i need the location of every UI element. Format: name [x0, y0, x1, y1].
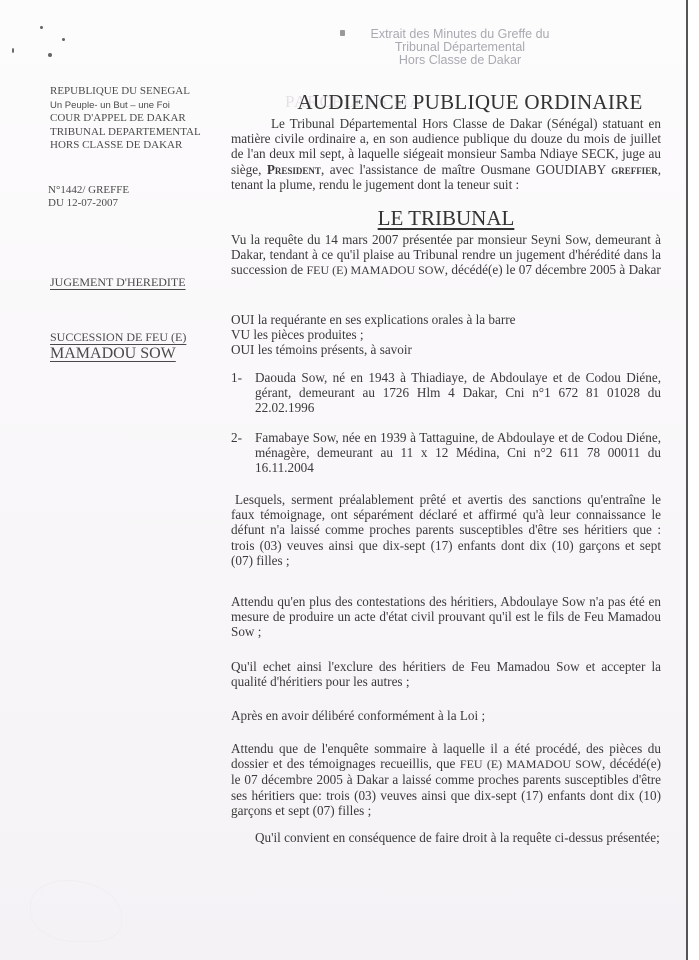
president-label: President — [267, 162, 321, 177]
oui-line: OUI la requérante en ses explications or… — [231, 312, 661, 327]
registry-number-block: N°1442/ GREFFE DU 12-07-2007 — [48, 184, 129, 210]
tribunal-class: HORS CLASSE DE DAKAR — [50, 139, 220, 153]
country-name: REPUBLIQUE DU SENEGAL — [50, 85, 220, 99]
deceased-reference: FEU (E) MAMADOU SOW — [460, 757, 602, 771]
testimony-text: Lesquels, serment préalablement prêté et… — [231, 492, 661, 568]
intro-paragraph: Le Tribunal Départemental Hors Classe de… — [231, 116, 661, 192]
oui-block: OUI la requérante en ses explications or… — [231, 312, 661, 358]
witness-item: 1- Daouda Sow, né en 1943 à Thiadiaye, d… — [231, 370, 661, 416]
requete-text: , décédé(e) le 07 décembre 2005 à Dakar — [445, 262, 661, 277]
national-motto: Un Peuple- un But – une Foi — [50, 99, 220, 113]
letterhead: REPUBLIQUE DU SENEGAL Un Peuple- un But … — [50, 85, 220, 153]
judgment-type-label: JUGEMENT D'HEREDITE — [50, 275, 186, 290]
attendu-text: Attendu qu'en plus des contestations des… — [231, 594, 661, 640]
exclusion-text: Qu'il echet ainsi l'exclure des héritier… — [231, 659, 661, 689]
registry-number: N°1442/ GREFFE — [48, 184, 129, 197]
testimony-paragraph: Lesquels, serment préalablement prêté et… — [231, 492, 661, 568]
witness-item: 2- Famabaye Sow, née en 1939 à Tattaguin… — [231, 430, 661, 476]
tribunal-name: TRIBUNAL DEPARTEMENTAL — [50, 126, 220, 140]
section-heading: LE TRIBUNAL — [231, 206, 661, 231]
oui-line: VU les pièces produites ; — [231, 327, 661, 342]
deliberation-paragraph: Après en avoir délibéré conformément à l… — [231, 708, 661, 723]
succession-label: SUCCESSION DE FEU (E) MAMADOU SOW — [50, 330, 186, 362]
greffier-label: greffier — [611, 162, 658, 177]
intro-text: , avec l'assistance de maître Ousmane GO… — [321, 162, 611, 177]
court-of-appeal: COUR D'APPEL DE DAKAR — [50, 112, 220, 126]
conclusion-paragraph: Qu'il convient en conséquence de faire d… — [255, 830, 661, 845]
document-page: Extrait des Minutes du Greffe du Tribuna… — [0, 0, 688, 960]
oui-line: OUI les témoins présents, à savoir — [231, 342, 661, 357]
finding-paragraph: Attendu que de l'enquête sommaire à laqu… — [231, 741, 661, 818]
witness-details: Daouda Sow, né en 1943 à Thiadiaye, de A… — [255, 370, 661, 416]
registry-stamp: Extrait des Minutes du Greffe du Tribuna… — [345, 28, 575, 67]
witness-number: 2- — [231, 430, 255, 476]
conclusion-text: Qu'il convient en conséquence de faire d… — [255, 830, 661, 845]
faint-signature — [30, 880, 122, 942]
witness-number: 1- — [231, 370, 255, 416]
registry-date: DU 12-07-2007 — [48, 197, 129, 210]
scan-edge — [686, 0, 699, 960]
document-title: AUDIENCE PUBLIQUE ORDINAIRE — [270, 90, 670, 115]
deceased-reference: FEU (E) MAMADOU SOW — [306, 263, 444, 277]
succession-line: SUCCESSION DE FEU (E) — [50, 330, 186, 345]
witness-details: Famabaye Sow, née en 1939 à Tattaguine, … — [255, 430, 661, 476]
deliberation-text: Après en avoir délibéré conformément à l… — [231, 708, 661, 723]
exclusion-paragraph: Qu'il echet ainsi l'exclure des héritier… — [231, 659, 661, 689]
deceased-name: MAMADOU SOW — [50, 345, 186, 362]
stamp-line: Hors Classe de Dakar — [345, 54, 575, 67]
attendu-paragraph: Attendu qu'en plus des contestations des… — [231, 594, 661, 640]
requete-paragraph: Vu la requête du 14 mars 2007 présentée … — [231, 232, 661, 279]
